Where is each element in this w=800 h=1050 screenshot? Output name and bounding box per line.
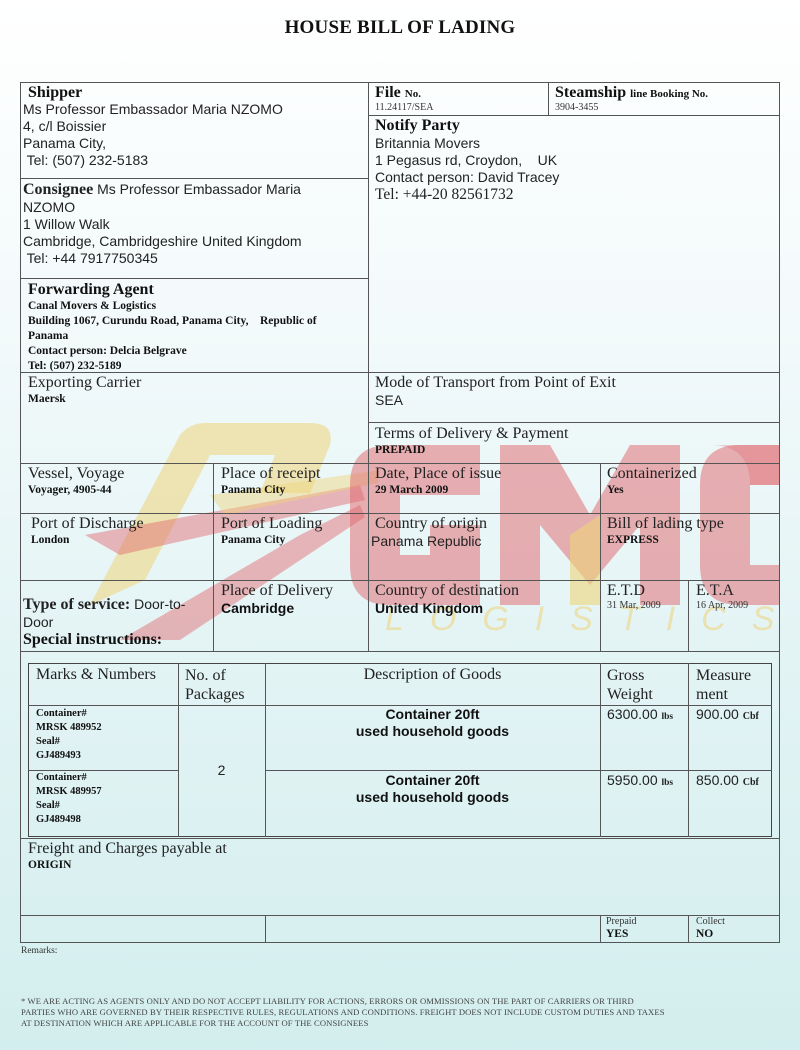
notify-party-section: Notify Party Britannia Movers 1 Pegasus …: [375, 117, 559, 204]
disclaimer: * WE ARE ACTING AS AGENTS ONLY AND DO NO…: [21, 996, 781, 1029]
country-of-origin-value: Panama Republic: [371, 533, 482, 550]
steamship-booking-section: Steamship line Booking No. 3904-3455: [555, 84, 708, 114]
terms-of-delivery-label: Terms of Delivery & Payment: [375, 425, 569, 443]
etd-label: E.T.D: [607, 582, 661, 600]
disclaimer-line1: * WE ARE ACTING AS AGENTS ONLY AND DO NO…: [21, 996, 781, 1007]
vessel-voyage-value: Voyager, 4905-44: [28, 483, 124, 498]
country-of-destination-section: Country of destination United Kingdom: [375, 582, 519, 617]
description-line1: Container 20ft: [265, 706, 600, 723]
place-of-delivery-value: Cambridge: [221, 600, 333, 617]
steamship-booking-value: 3904-3455: [555, 102, 708, 114]
forwarding-agent-company: Canal Movers & Logistics: [28, 299, 368, 314]
freight-value: ORIGIN: [28, 858, 227, 873]
prepaid-label: Prepaid: [606, 916, 637, 928]
divider: [265, 770, 772, 771]
consignee-label: Consignee: [23, 181, 93, 198]
divider: [600, 463, 601, 651]
description-header: Description of Goods: [265, 666, 600, 684]
collect-label: Collect: [696, 916, 725, 928]
country-of-destination-label: Country of destination: [375, 582, 519, 600]
steamship-label: Steamship: [555, 84, 626, 101]
collect-section: Collect NO: [696, 916, 725, 941]
measurement-header: Measure ment: [696, 666, 751, 704]
exporting-carrier-section: Exporting Carrier Maersk: [28, 374, 141, 407]
terms-of-delivery-value: PREPAID: [375, 443, 569, 458]
document-title: HOUSE BILL OF LADING: [0, 17, 800, 39]
shipper-label: Shipper: [28, 84, 82, 102]
consignee-address2: Cambridge, Cambridgeshire United Kingdom: [23, 233, 363, 250]
place-of-receipt-label: Place of receipt: [221, 465, 321, 483]
country-of-destination-value: United Kingdom: [375, 600, 519, 617]
divider: [600, 915, 601, 942]
steamship-label-suffix: line Booking No.: [630, 88, 708, 100]
divider: [20, 278, 368, 279]
table-row-measure: 900.00 Cbf: [696, 706, 759, 725]
container-number: MRSK 489957: [36, 785, 102, 799]
terms-of-delivery-section: Terms of Delivery & Payment PREPAID: [375, 425, 569, 458]
notify-party-contact: Contact person: David Tracey: [375, 169, 559, 186]
etd-section: E.T.D 31 Mar, 2009: [607, 582, 661, 612]
divider: [688, 915, 689, 942]
port-of-loading-value: Panama City: [221, 533, 322, 548]
divider: [20, 82, 780, 83]
divider: [600, 663, 601, 837]
port-of-discharge-label: Port of Discharge: [31, 515, 144, 533]
consignee-section: Consignee Ms Professor Embassador Maria …: [23, 181, 363, 267]
place-of-delivery-label: Place of Delivery: [221, 582, 333, 600]
gross-weight-header-line1: Gross: [607, 666, 653, 685]
type-of-service-value-line1: Door-to-: [134, 596, 185, 612]
exporting-carrier-value: Maersk: [28, 392, 141, 407]
seal-number: GJ489493: [36, 749, 102, 763]
country-of-origin-label: Country of origin: [375, 515, 487, 533]
divider: [20, 178, 368, 179]
notify-party-address: 1 Pegasus rd, Croydon, UK: [375, 152, 559, 169]
gross-weight-header: Gross Weight: [607, 666, 653, 704]
type-of-service-section: Type of service: Door-to- Door Special i…: [23, 596, 213, 649]
shipper-address2: Panama City,: [23, 135, 283, 152]
divider: [20, 82, 21, 942]
bill-of-lading-type-value: EXPRESS: [607, 533, 724, 548]
shipper-tel: Tel: (507) 232-5183: [23, 152, 283, 169]
etd-value: 31 Mar, 2009: [607, 600, 661, 612]
measure-unit: Cbf: [743, 777, 759, 788]
file-no-section: File No. 11.24117/SEA: [375, 84, 433, 114]
divider: [20, 580, 780, 581]
shipper-name: Ms Professor Embassador Maria NZOMO: [23, 101, 283, 118]
containerized-value: Yes: [607, 483, 697, 498]
eta-value: 16 Apr, 2009: [696, 600, 748, 612]
shipper-section: Shipper: [28, 84, 82, 102]
description-line1: Container 20ft: [265, 772, 600, 789]
place-of-receipt-value: Panama City: [221, 483, 321, 498]
forwarding-agent-address2: Panama: [28, 329, 368, 344]
date-place-of-issue-label: Date, Place of issue: [375, 465, 501, 483]
container-label: Container#: [36, 771, 102, 785]
table-row-marks: Container# MRSK 489952 Seal# GJ489493: [36, 707, 102, 763]
divider: [265, 915, 266, 942]
marks-numbers-header: Marks & Numbers: [36, 666, 156, 684]
containerized-label: Containerized: [607, 465, 697, 483]
notify-party-label: Notify Party: [375, 117, 559, 135]
divider: [20, 513, 780, 514]
divider: [213, 463, 214, 651]
divider: [368, 422, 780, 423]
divider: [20, 942, 780, 943]
table-row-marks: Container# MRSK 489957 Seal# GJ489498: [36, 771, 102, 827]
divider: [20, 915, 780, 916]
port-of-discharge-value: London: [31, 533, 144, 548]
divider: [779, 82, 780, 942]
eta-label: E.T.A: [696, 582, 748, 600]
notify-party-tel: Tel: +44-20 82561732: [375, 186, 559, 204]
eta-section: E.T.A 16 Apr, 2009: [696, 582, 748, 612]
remarks-label: Remarks:: [21, 945, 57, 957]
table-row-description: Container 20ft used household goods: [265, 772, 600, 806]
shipper-details: Ms Professor Embassador Maria NZOMO 4, c…: [23, 101, 283, 169]
consignee-address1: 1 Willow Walk: [23, 216, 363, 233]
bill-of-lading-type-label: Bill of lading type: [607, 515, 724, 533]
seal-number: GJ489498: [36, 813, 102, 827]
freight-label: Freight and Charges payable at: [28, 840, 227, 858]
collect-value: NO: [696, 928, 725, 941]
forwarding-agent-label: Forwarding Agent: [28, 281, 368, 299]
divider: [688, 663, 689, 837]
container-label: Container#: [36, 707, 102, 721]
seal-label: Seal#: [36, 735, 102, 749]
place-of-receipt-section: Place of receipt Panama City: [221, 465, 321, 498]
weight-value: 6300.00: [607, 706, 658, 722]
table-row-weight: 6300.00 lbs: [607, 706, 673, 726]
shipper-address1: 4, c/l Boissier: [23, 118, 283, 135]
prepaid-section: Prepaid YES: [606, 916, 637, 941]
measure-value: 850.00: [696, 772, 739, 788]
measure-value: 900.00: [696, 706, 739, 722]
description-line2: used household goods: [265, 723, 600, 740]
table-row-weight: 5950.00 lbs: [607, 772, 673, 792]
divider: [178, 663, 179, 837]
consignee-tel: Tel: +44 7917750345: [23, 250, 363, 267]
table-row-measure: 850.00 Cbf: [696, 772, 759, 791]
file-no-value: 11.24117/SEA: [375, 102, 433, 114]
bill-of-lading-type-section: Bill of lading type EXPRESS: [607, 515, 724, 548]
file-no-label-suffix: No.: [405, 88, 421, 100]
container-number: MRSK 489952: [36, 721, 102, 735]
goods-table: [28, 663, 772, 837]
port-of-loading-section: Port of Loading Panama City: [221, 515, 322, 548]
divider: [20, 651, 780, 652]
divider: [265, 663, 266, 837]
seal-label: Seal#: [36, 799, 102, 813]
mode-of-transport-value: SEA: [375, 392, 616, 409]
mode-of-transport-section: Mode of Transport from Point of Exit SEA: [375, 374, 616, 409]
exporting-carrier-label: Exporting Carrier: [28, 374, 141, 392]
vessel-voyage-label: Vessel, Voyage: [28, 465, 124, 483]
consignee-name-line2: NZOMO: [23, 199, 363, 216]
date-place-of-issue-value: 29 March 2009: [375, 483, 501, 498]
place-of-delivery-section: Place of Delivery Cambridge: [221, 582, 333, 617]
notify-party-name: Britannia Movers: [375, 135, 559, 152]
file-no-label: File: [375, 84, 401, 101]
type-of-service-value-line2: Door: [23, 614, 213, 631]
packages-value: 2: [178, 762, 265, 779]
divider: [368, 82, 369, 651]
forwarding-agent-section: Forwarding Agent Canal Movers & Logistic…: [28, 281, 368, 374]
divider: [548, 82, 549, 115]
disclaimer-line2: PARTIES WHO ARE GOVERNED BY THEIR RESPEC…: [21, 1007, 781, 1018]
weight-unit: lbs: [662, 778, 674, 788]
port-of-loading-label: Port of Loading: [221, 515, 322, 533]
disclaimer-line3: AT DESTINATION WHICH ARE APPLICABLE FOR …: [21, 1018, 781, 1029]
packages-header-line2: Packages: [185, 685, 245, 704]
divider: [368, 115, 780, 116]
country-of-origin-section: Country of origin: [375, 515, 487, 533]
containerized-section: Containerized Yes: [607, 465, 697, 498]
forwarding-agent-contact: Contact person: Delcia Belgrave: [28, 344, 368, 359]
forwarding-agent-tel: Tel: (507) 232-5189: [28, 359, 368, 374]
packages-header-line1: No. of: [185, 666, 245, 685]
table-row-description: Container 20ft used household goods: [265, 706, 600, 740]
packages-header: No. of Packages: [185, 666, 245, 704]
date-place-of-issue-section: Date, Place of issue 29 March 2009: [375, 465, 501, 498]
measure-unit: Cbf: [743, 711, 759, 722]
type-of-service-label: Type of service:: [23, 596, 130, 613]
measurement-header-line2: ment: [696, 685, 751, 704]
freight-section: Freight and Charges payable at ORIGIN: [28, 840, 227, 873]
special-instructions-label: Special instructions:: [23, 631, 213, 649]
mode-of-transport-label: Mode of Transport from Point of Exit: [375, 374, 616, 392]
weight-unit: lbs: [662, 712, 674, 722]
forwarding-agent-address1: Building 1067, Curundu Road, Panama City…: [28, 314, 368, 329]
port-of-discharge-section: Port of Discharge London: [31, 515, 144, 548]
divider: [20, 838, 780, 839]
measurement-header-line1: Measure: [696, 666, 751, 685]
prepaid-value: YES: [606, 928, 637, 941]
weight-value: 5950.00: [607, 772, 658, 788]
vessel-voyage-section: Vessel, Voyage Voyager, 4905-44: [28, 465, 124, 498]
consignee-name-line1: Ms Professor Embassador Maria: [97, 181, 301, 197]
description-line2: used household goods: [265, 789, 600, 806]
divider: [20, 463, 780, 464]
gross-weight-header-line2: Weight: [607, 685, 653, 704]
divider: [688, 580, 689, 651]
